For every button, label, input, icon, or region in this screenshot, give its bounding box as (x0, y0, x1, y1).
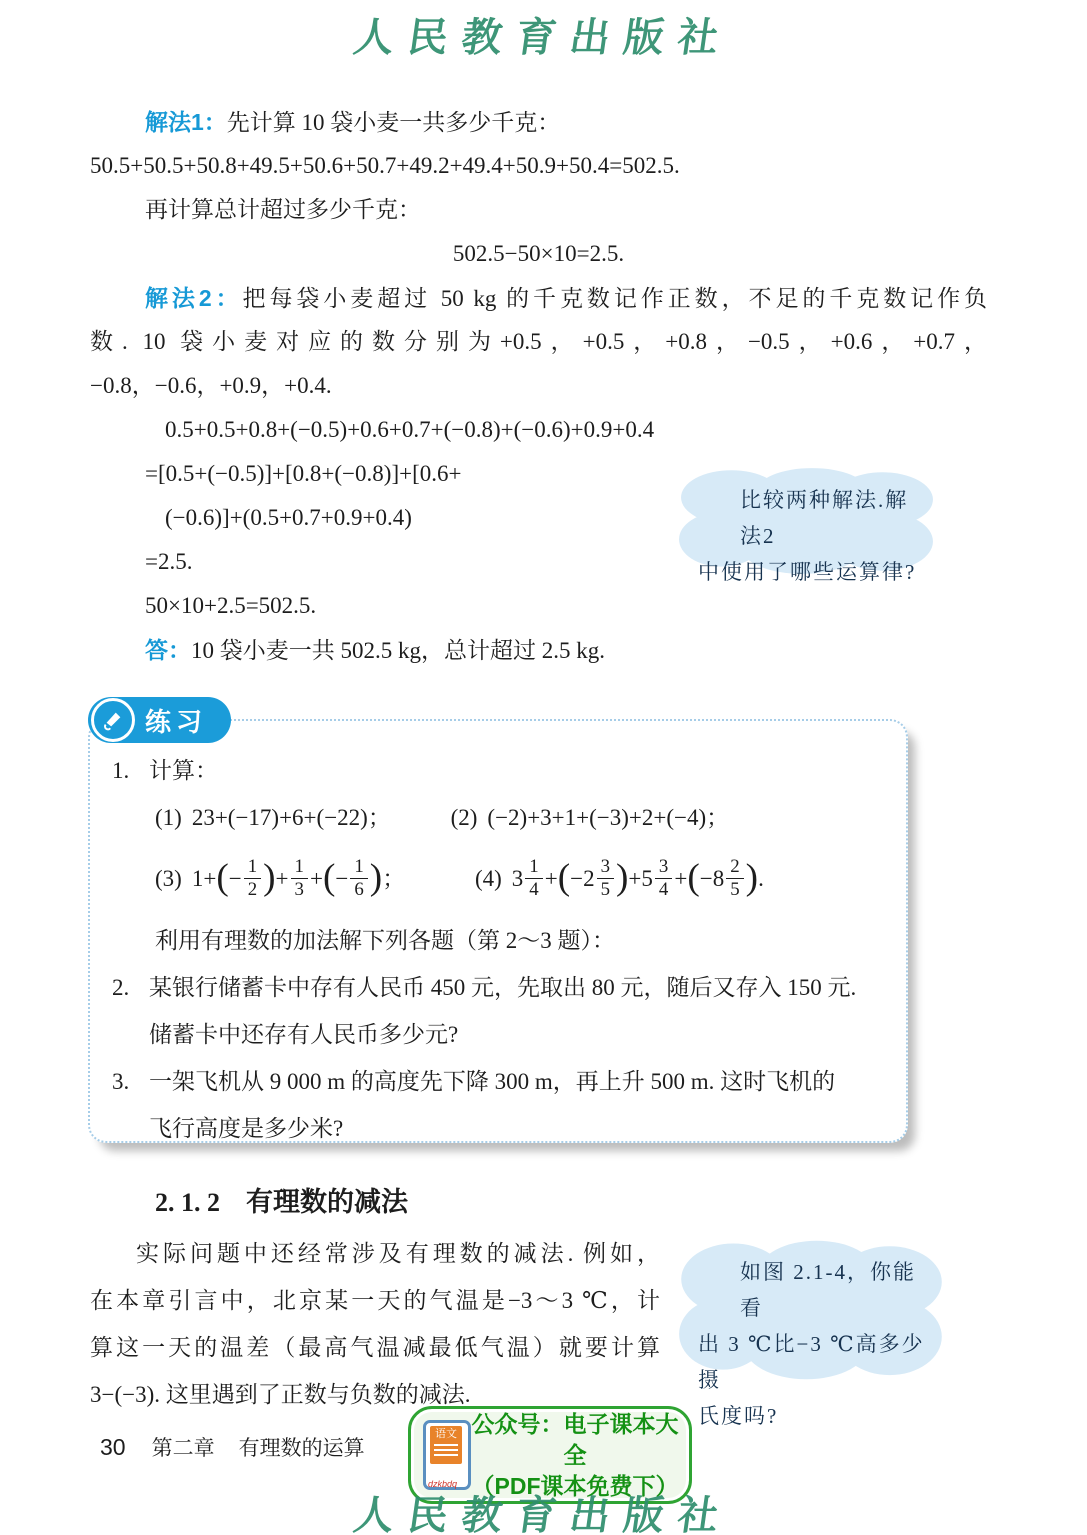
section-number: 2. 1. 2 (155, 1188, 220, 1218)
bubble2-line: 氏度吗? (698, 1398, 929, 1434)
solution1-next-line: 再计算总计超过多少千克： (90, 188, 987, 232)
answer-line: 答：10 袋小麦一共 502.5 kg，总计超过 2.5 kg. (90, 628, 987, 672)
thought-bubble-temperature: 如图 2.1-4，你能看 出 3 ℃比−3 ℃高多少摄 氏度吗? (676, 1238, 947, 1382)
exercise-1-items-b: (3)1+(−12)+13+(−16)； (4)314+(−235)+534+(… (149, 841, 886, 917)
solution1-intro-line: 解法1：先计算 10 袋小麦一共多少千克： (90, 100, 987, 144)
exercise-2: 2. 某银行储蓄卡中存有人民币 450 元，先取出 80 元，随后又存入 150… (112, 964, 886, 1058)
item-3-expression: 1+(−12)+13+(−16)； (192, 866, 405, 891)
bubble2-line: 出 3 ℃比−3 ℃高多少摄 (698, 1326, 929, 1398)
solution2-line1: 解法2：把每袋小麦超过 50 kg 的千克数记作正数，不足的千克数记作负 (90, 276, 987, 320)
book-cover: 语文 (430, 1426, 462, 1464)
solution2-line2: 数. 10 袋小麦对应的数分别为+0.5，+0.5，+0.8，−0.5，+0.6… (90, 320, 987, 364)
solution2-line1-text: 把每袋小麦超过 50 kg 的千克数记作正数，不足的千克数记作负 (243, 286, 987, 311)
answer-label: 答： (145, 637, 191, 663)
exercise-1: 1. 计算： (1)23+(−17)+6+(−22)； (2)(−2)+3+1+… (112, 747, 886, 964)
solution2-line3: −0.8，−0.6，+0.9，+0.4. (90, 364, 987, 408)
practice-box: 1. 计算： (1)23+(−17)+6+(−22)； (2)(−2)+3+1+… (88, 719, 908, 1143)
exercise-3-number: 3. (112, 1058, 149, 1152)
solution1-equation: 502.5−50×10=2.5. (90, 232, 987, 276)
solution2-math5: 50×10+2.5=502.5. (90, 584, 987, 628)
badge-line1: 公众号：电子课本大全 (472, 1411, 679, 1468)
item-4: (4)314+(−235)+534+(−825). (475, 866, 764, 891)
paragraph-line: 实际问题中还经常涉及有理数的减法. 例如， (90, 1230, 660, 1277)
publisher-logo-bottom: 人民教育出版社 (0, 1484, 1087, 1535)
exercise-1-number: 1. (112, 747, 149, 964)
textbook-page: 人民教育出版社 解法1：先计算 10 袋小麦一共多少千克： 50.5+50.5+… (0, 0, 1087, 1535)
phone-book-icon: 语文 dzkbdq (423, 1420, 471, 1490)
exercise-2-line: 某银行储蓄卡中存有人民币 450 元，先取出 80 元，随后又存入 150 元. (149, 964, 886, 1011)
bubble1-text: 比较两种解法.解法2 中使用了哪些运算律? (676, 466, 938, 590)
practice-tab: 练习 (88, 697, 231, 743)
solution1-label: 解法1： (145, 109, 227, 135)
publisher-logo-top: 人民教育出版社 (0, 6, 1087, 63)
section-paragraph: 实际问题中还经常涉及有理数的减法. 例如， 在本章引言中，北京某一天的气温是−3… (90, 1230, 660, 1418)
bubble1-line: 比较两种解法.解法2 (698, 482, 920, 554)
chapter-title: 有理数的运算 (239, 1432, 365, 1462)
section-title: 有理数的减法 (246, 1180, 408, 1219)
bubble1-line: 中使用了哪些运算律? (698, 554, 920, 590)
section-heading: 2. 1. 2 有理数的减法 (155, 1180, 408, 1219)
exercise-3-line: 一架飞机从 9 000 m 的高度先下降 300 m，再上升 500 m. 这时… (149, 1058, 886, 1105)
paragraph-line: 算这一天的温差（最高气温减最低气温）就要计算 (90, 1324, 660, 1371)
item-1: (1)23+(−17)+6+(−22)； (155, 805, 391, 830)
page-number: 30 (100, 1434, 126, 1461)
exercise-3: 3. 一架飞机从 9 000 m 的高度先下降 300 m，再上升 500 m.… (112, 1058, 886, 1152)
thought-bubble-compare: 比较两种解法.解法2 中使用了哪些运算律? (676, 466, 938, 576)
solution1-intro-text: 先计算 10 袋小麦一共多少千克： (227, 110, 561, 135)
chapter-label: 第二章 (152, 1432, 215, 1462)
pen-icon (91, 698, 135, 742)
item-2: (2)(−2)+3+1+(−3)+2+(−4)； (451, 805, 730, 830)
solution1-sum-line: 50.5+50.5+50.8+49.5+50.6+50.7+49.2+49.4+… (90, 144, 987, 188)
item-3: (3)1+(−12)+13+(−16)； (155, 866, 405, 891)
solution2-label: 解法2： (145, 285, 243, 311)
bubble2-line: 如图 2.1-4，你能看 (698, 1254, 929, 1326)
exercise-1-title: 计算： (149, 747, 886, 794)
exercise-3-line: 飞行高度是多少米? (149, 1105, 886, 1152)
solution2-math1: 0.5+0.5+0.8+(−0.5)+0.6+0.7+(−0.8)+(−0.6)… (90, 408, 987, 452)
page-footer: 30 第二章 有理数的运算 (100, 1432, 365, 1462)
answer-text: 10 袋小麦一共 502.5 kg，总计超过 2.5 kg. (191, 638, 605, 663)
practice-tab-label: 练习 (145, 702, 207, 739)
exercise-1-items-a: (1)23+(−17)+6+(−22)； (2)(−2)+3+1+(−3)+2+… (149, 794, 886, 841)
exercise-note: 利用有理数的加法解下列各题（第 2～3 题）： (149, 917, 886, 964)
exercise-2-number: 2. (112, 964, 149, 1058)
exercise-2-line: 储蓄卡中还存有人民币多少元? (149, 1011, 886, 1058)
item-4-expression: 314+(−235)+534+(−825). (512, 866, 764, 891)
bubble2-text: 如图 2.1-4，你能看 出 3 ℃比−3 ℃高多少摄 氏度吗? (676, 1238, 947, 1434)
paragraph-line: 在本章引言中，北京某一天的气温是−3～3 ℃，计 (90, 1277, 660, 1324)
